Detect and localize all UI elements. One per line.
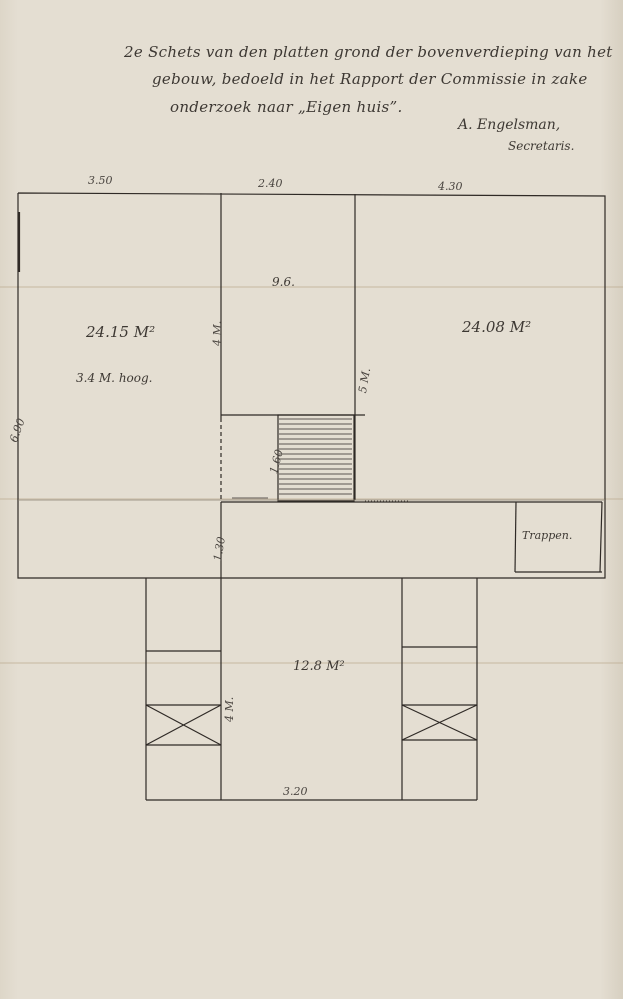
right-room-area: 24.08 M²: [462, 320, 531, 335]
stairs-label: Trappen.: [522, 530, 572, 541]
signature-role: Secretaris.: [508, 140, 574, 152]
dimension-top-middle: 2.40: [258, 178, 283, 189]
dimension-annex-width: 3.20: [283, 786, 308, 797]
signature-name: A. Engelsman,: [458, 118, 560, 132]
title-line-3: onderzoek naar „Eigen huis”.: [170, 100, 403, 115]
middle-room-area: 9.6.: [272, 276, 295, 288]
left-room-area: 24.15 M²: [86, 325, 155, 340]
dimension-top-right: 4.30: [438, 181, 463, 192]
left-room-height: 3.4 M. hoog.: [76, 372, 153, 384]
annex-area: 12.8 M²: [293, 660, 345, 673]
title-line-1: 2e Schets van den platten grond der bove…: [124, 45, 613, 60]
dimension-top-left: 3.50: [88, 175, 113, 186]
dimension-middle-room-height: 4 M.: [212, 321, 223, 346]
dimension-annex-height: 4 M.: [224, 697, 235, 722]
title-line-2: gebouw, bedoeld in het Rapport der Commi…: [152, 72, 588, 87]
